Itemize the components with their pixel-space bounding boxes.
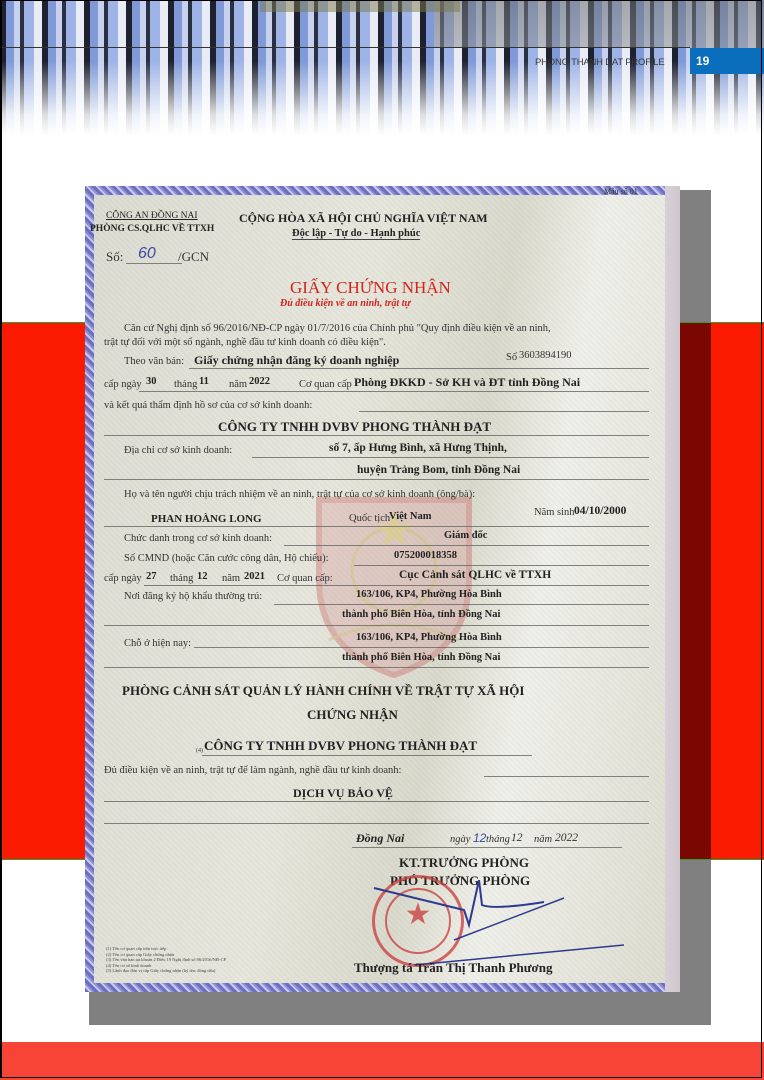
- footer-red-band: [0, 1042, 764, 1080]
- issuer-value: Phòng ĐKKD - Sở KH và ĐT tỉnh Đồng Nai: [354, 375, 580, 390]
- form-number: Mẫu số 01: [604, 187, 638, 196]
- header-photo-grass: [260, 0, 460, 12]
- signing-place: Đồng Nai: [356, 831, 404, 846]
- responsible-name: PHAN HOÀNG LONG: [151, 513, 262, 525]
- current-address-underline-2: [104, 667, 649, 668]
- id-issuer-value: Cục Cảnh sát QLHC về TTXH: [399, 569, 551, 581]
- footnote-item: (3) Tên văn bản tại khoản 2 Điều 19 Nghị…: [106, 957, 226, 963]
- nation-title: CỘNG HÒA XÃ HỘI CHỦ NGHĨA VIỆT NAM: [239, 211, 488, 226]
- document-value: Giấy chứng nhận đăng ký doanh nghiệp: [194, 353, 399, 368]
- sign-day: 12: [473, 831, 486, 845]
- residence-label: Nơi đăng ký hộ khẩu thường trú:: [124, 591, 262, 602]
- responsible-label: Họ và tên người chịu trách nhiệm về an n…: [124, 489, 475, 500]
- agency-line-2: PHÒNG CS.QLHC VỀ TTXH: [90, 224, 214, 234]
- birth-year-label: Năm sinh: [534, 507, 575, 518]
- sign-year-label: năm: [534, 834, 552, 845]
- legal-basis-line-2: trật tự đối với một số ngành, nghề đầu t…: [104, 337, 386, 348]
- birth-year-value: 04/10/2000: [574, 505, 626, 517]
- certificate-title: GIẤY CHỨNG NHẬN: [290, 278, 451, 298]
- position-value: Giám đốc: [444, 530, 487, 541]
- company-name-certified: CÔNG TY TNHH DVBV PHONG THÀNH ĐẠT: [204, 738, 477, 754]
- review-underline: [359, 411, 649, 412]
- id-issue-underline: [144, 585, 649, 586]
- issuing-authority: PHÒNG CẢNH SÁT QUẢN LÝ HÀNH CHÍNH VỀ TRẬ…: [122, 683, 524, 699]
- id-label: Số CMND (hoặc Căn cước công dân, Hộ chiế…: [124, 553, 329, 564]
- residence-line-1: 163/106, KP4, Phường Hòa Bình: [356, 589, 502, 600]
- certificate-number-label: Số:: [106, 249, 123, 265]
- business-underline: [104, 801, 649, 802]
- id-month: 12: [197, 571, 208, 582]
- certifies-heading: CHỨNG NHẬN: [307, 707, 398, 723]
- id-value: 075200018358: [394, 550, 457, 561]
- sign-month-label: tháng: [486, 834, 510, 845]
- issue-month-label: tháng: [174, 379, 197, 390]
- page-number-badge: 19: [690, 48, 764, 74]
- residence-underline-2: [104, 625, 649, 626]
- current-address-line-2: thành phố Biên Hòa, tỉnh Đồng Nai: [342, 652, 500, 663]
- footnote-item: (5) Lãnh đạo đơn vị cấp Giấy chứng nhận …: [106, 968, 226, 974]
- current-address-underline-1: [194, 647, 649, 648]
- document-number-value: 3603894190: [519, 350, 572, 361]
- nationality-label: Quốc tịch: [349, 513, 390, 524]
- business-line: DỊCH VỤ BẢO VỆ: [293, 786, 393, 801]
- current-address-line-1: 163/106, KP4, Phường Hòa Bình: [356, 632, 502, 643]
- signing-date-underline: [352, 847, 622, 848]
- certificate-number-suffix: /GCN: [178, 249, 209, 265]
- review-label: và kết quả thẩm định hồ sơ của cơ sở kin…: [104, 400, 312, 411]
- certificate-edge: [665, 186, 680, 992]
- address-line-2: huyện Trảng Bom, tỉnh Đồng Nai: [357, 464, 520, 476]
- certificate-number-value: 60: [138, 245, 156, 263]
- position-underline: [284, 545, 649, 546]
- company-footnote-marker: (4): [196, 748, 203, 754]
- address-underline-1: [252, 457, 649, 458]
- business-underline-2: [104, 823, 649, 824]
- certificate-document: Mẫu số 01 CÔNG AN ĐỒNG NAI PHÒNG CS.QLHC…: [85, 186, 680, 992]
- residence-line-2: thành phố Biên Hòa, tỉnh Đồng Nai: [342, 609, 500, 620]
- company-name: CÔNG TY TNHH DVBV PHONG THÀNH ĐẠT: [218, 419, 491, 435]
- address-line-1: số 7, ấp Hưng Bình, xã Hưng Thịnh,: [329, 442, 507, 454]
- issue-day-label: cấp ngày: [104, 379, 142, 390]
- issue-day: 30: [146, 376, 157, 387]
- document-underline: [189, 368, 649, 369]
- sign-month: 12: [511, 832, 523, 844]
- id-issuer-label: Cơ quan cấp:: [277, 573, 333, 584]
- id-month-label: tháng: [170, 573, 193, 584]
- footnotes: (1) Tên cơ quan cấp trên trực tiếp (2) T…: [106, 946, 226, 974]
- id-year: 2021: [244, 571, 265, 582]
- current-address-label: Chỗ ở hiện nay:: [124, 638, 191, 649]
- certificate-subtitle: Đủ điều kiện về an ninh, trật tự: [280, 298, 410, 309]
- position-label: Chức danh trong cơ sở kinh doanh:: [124, 533, 272, 544]
- agency-line-1: CÔNG AN ĐỒNG NAI: [106, 211, 198, 221]
- id-day-label: cấp ngày: [104, 573, 142, 584]
- header-title: PHONG THANH DAT PROFILE: [535, 57, 664, 68]
- legal-basis-line-1: Căn cứ Nghị định số 96/2016/NĐ-CP ngày 0…: [124, 323, 551, 334]
- company-certified-underline: [202, 755, 532, 756]
- address-label: Địa chỉ cơ sở kinh doanh:: [124, 445, 232, 456]
- responsible-underline: [104, 526, 649, 527]
- signer-name: Thượng tá Trần Thị Thanh Phương: [354, 960, 553, 976]
- sign-day-label: ngày: [450, 834, 470, 845]
- header-divider: [0, 47, 690, 48]
- company-underline: [104, 435, 649, 436]
- dark-red-band: [680, 322, 711, 860]
- id-year-label: năm: [222, 573, 240, 584]
- national-motto: Độc lập - Tự do - Hạnh phúc: [292, 228, 420, 240]
- issuer-label: Cơ quan cấp: [299, 379, 352, 390]
- document-number-label: Số: [506, 352, 517, 363]
- document-label: Theo văn bản:: [124, 356, 184, 367]
- issue-year-label: năm: [229, 379, 247, 390]
- id-day: 27: [146, 571, 157, 582]
- number-underline: [126, 263, 182, 264]
- id-underline: [354, 565, 649, 566]
- sign-year: 2022: [555, 832, 578, 844]
- issue-year: 2022: [249, 376, 270, 387]
- nationality-value: Việt Nam: [389, 511, 431, 522]
- eligibility-underline: [484, 776, 649, 777]
- eligibility-label: Đủ điều kiện về an ninh, trật tự để làm …: [104, 765, 401, 776]
- header-photo-sky: [434, 0, 764, 48]
- address-underline-2: [104, 479, 649, 480]
- signer-title-1: KT.TRƯỞNG PHÒNG: [399, 855, 529, 871]
- issue-month: 11: [199, 376, 209, 387]
- residence-underline-1: [274, 604, 649, 605]
- issue-underline: [139, 391, 649, 392]
